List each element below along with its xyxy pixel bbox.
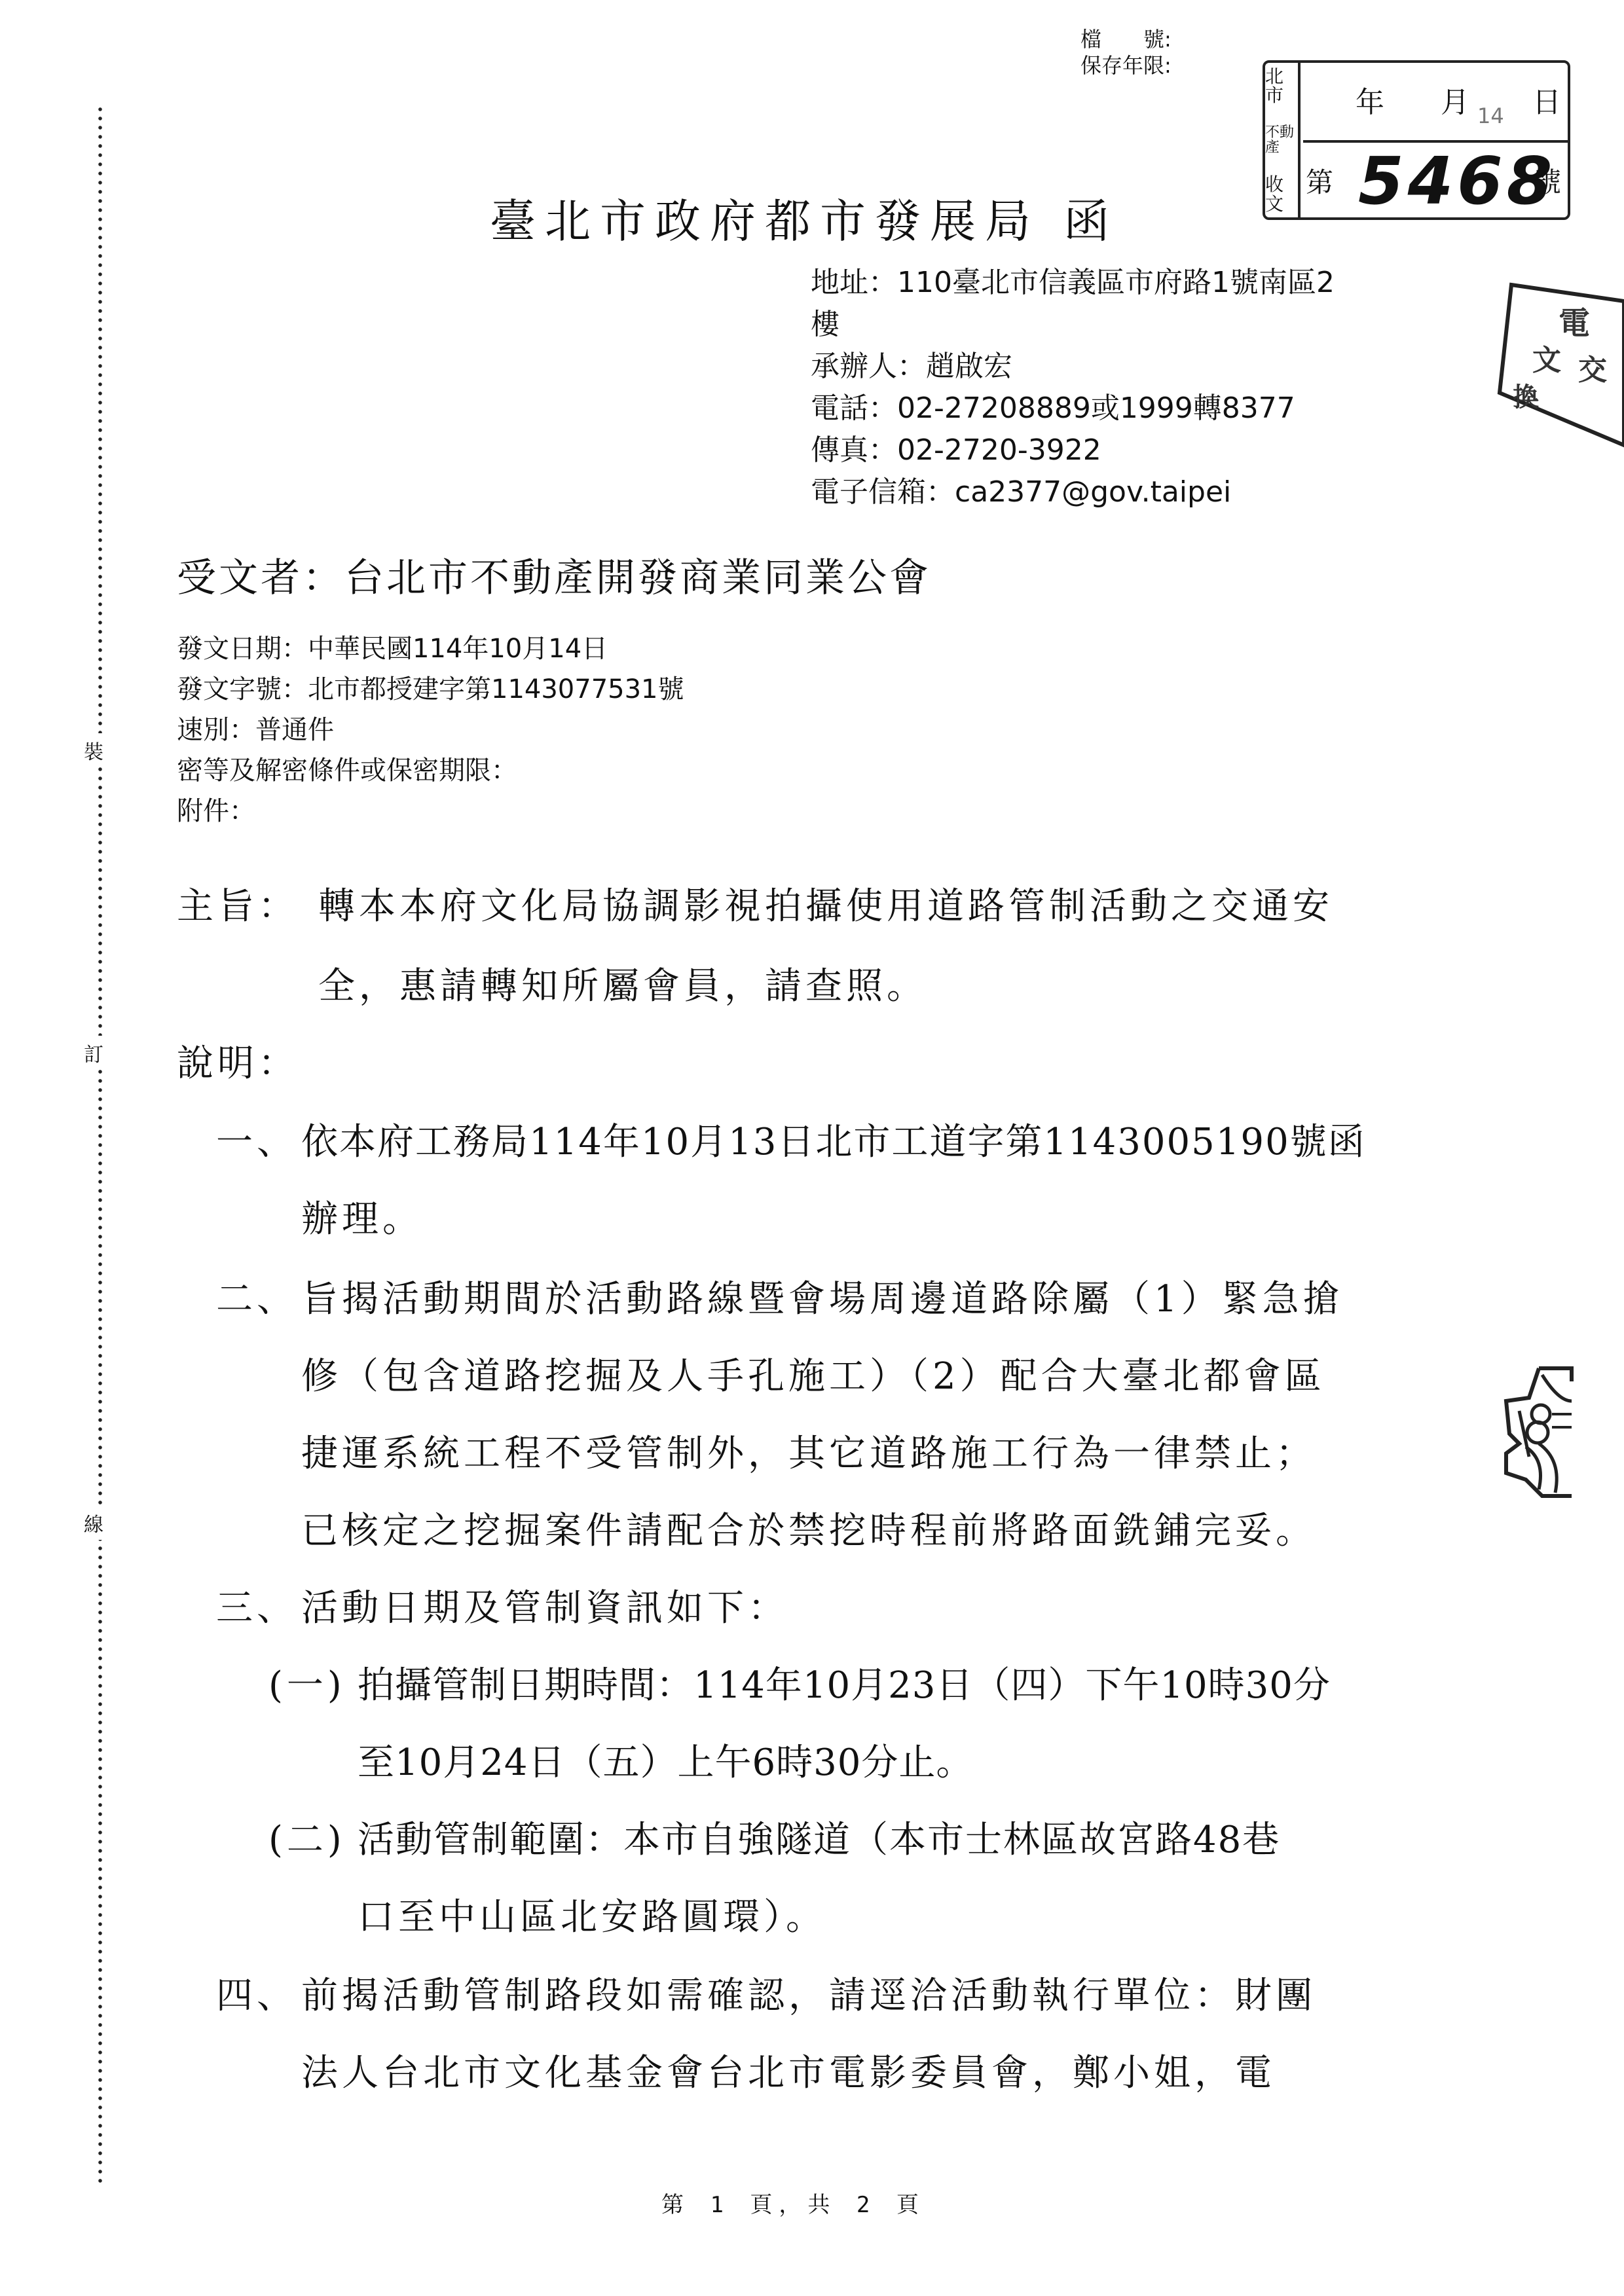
exchange-seal-icon: 電 文 交 換 [1460,262,1624,458]
svg-text:電: 電 [1559,305,1590,342]
binding-mark-ding: 訂 [84,1036,103,1070]
address-line-1: 地址：110臺北市信義區市府路1號南區2 [811,262,1335,304]
explanation-label: 說明： [177,1034,299,1087]
subitem-1-line-1: 拍攝管制日期時間：114年10月23日（四）下午10時30分 [358,1656,1331,1709]
item-2-line-1: 旨揭活動期間於活動路線暨會場周邊道路除屬（1）緊急搶 [301,1270,1344,1322]
speed-category: 速別：普通件 [177,710,684,750]
receipt-date-row: 年 月 日 14 [1303,63,1568,143]
svg-text:換: 換 [1513,382,1539,412]
issue-number: 發文字號：北市都授建字第1143077531號 [177,669,684,710]
retention-period-label: 保存年限: [1080,52,1172,79]
receipt-number-row: 第 5468 號 [1303,143,1568,217]
item-4-line-1: 前揭活動管制路段如需確認，請逕洽活動執行單位：財團 [301,1967,1316,2019]
binding-mark-xian: 線 [84,1506,103,1540]
email: 電子信箱：ca2377@gov.taipei [811,471,1335,513]
number-prefix: 第 [1306,161,1333,200]
recipient: 受文者：台北市不動產開發商業同業公會 [177,547,931,603]
svg-text:文: 文 [1532,344,1561,377]
file-number-label: 檔 號: [1080,26,1172,52]
subject-line-1: 轉本本府文化局協調影視拍攝使用道路管制活動之交通安 [318,877,1333,930]
number-suffix: 號 [1534,161,1561,200]
binding-mark-zhuang: 裝 [84,733,103,767]
document-meta: 發文日期：中華民國114年10月14日 發文字號：北市都授建字第11430775… [177,629,684,831]
svg-text:交: 交 [1578,354,1607,387]
classification: 密等及解密條件或保密期限： [177,750,684,791]
address-line-2: 樓 [811,304,1335,346]
month-unit: 月 [1441,79,1469,120]
item-marker: 一、 [216,1113,297,1165]
page-number: 第 1 頁，共 2 頁 [661,2187,925,2219]
receipt-org-line: 不動產 [1265,125,1298,155]
year-unit: 年 [1356,79,1384,120]
day-unit: 日 [1532,79,1561,120]
subitem-marker: (二) [268,1811,346,1863]
receipt-stamp-org: 北市 不動產 收文 [1265,63,1301,217]
item-marker: 四、 [216,1967,297,2019]
item-1-line-1: 依本府工務局114年10月13日北市工道字第1143005190號函 [301,1113,1366,1165]
issue-date: 發文日期：中華民國114年10月14日 [177,629,684,669]
subitem-2-line-1: 活動管制範圍：本市自強隧道（本市士林區故宮路48巷 [358,1811,1280,1863]
emblem-seal-icon [1500,1362,1624,1499]
item-1-line-2: 辦理。 [301,1190,423,1243]
receipt-org-line: 收文 [1265,175,1298,213]
subitem-marker: (一) [268,1656,346,1709]
fax: 傳真：02-2720-3922 [811,429,1335,471]
receipt-org-line: 北市 [1265,67,1298,105]
handwritten-receipt-number: 5468 [1358,143,1556,219]
item-4-line-2: 法人台北市文化基金會台北市電影委員會，鄭小姐，電 [301,2044,1276,2096]
archive-labels: 檔 號: 保存年限: [1080,26,1172,79]
item-2-line-4: 已核定之挖掘案件請配合於禁挖時程前將路面銑鋪完妥。 [301,1502,1316,1554]
subitem-1-line-2: 至10月24日（五）上午6時30分止。 [358,1734,973,1786]
binding-dotted-line [98,105,102,2187]
item-3-line-1: 活動日期及管制資訊如下： [301,1579,788,1631]
subject-line-2: 全，惠請轉知所屬會員，請查照。 [318,957,927,1010]
attachments: 附件： [177,791,684,831]
item-2-line-3: 捷運系統工程不受管制外，其它道路施工行為一律禁止； [301,1425,1316,1477]
document-title: 臺北市政府都市發展局 函 [490,185,1118,251]
subject-label: 主旨： [177,877,299,930]
day-value: 14 [1477,103,1504,128]
item-marker: 三、 [216,1579,297,1631]
phone: 電話：02-27208889或1999轉8377 [811,388,1335,429]
handler: 承辦人：趙啟宏 [811,346,1335,388]
receipt-stamp: 北市 不動產 收文 年 月 日 14 第 5468 號 [1263,60,1570,220]
subitem-2-line-2: 口至中山區北安路圓環）。 [358,1888,826,1941]
contact-block: 地址：110臺北市信義區市府路1號南區2 樓 承辦人：趙啟宏 電話：02-272… [811,262,1335,513]
item-2-line-2: 修（包含道路挖掘及人手孔施工）（2）配合大臺北都會區 [301,1347,1325,1400]
item-marker: 二、 [216,1270,297,1322]
